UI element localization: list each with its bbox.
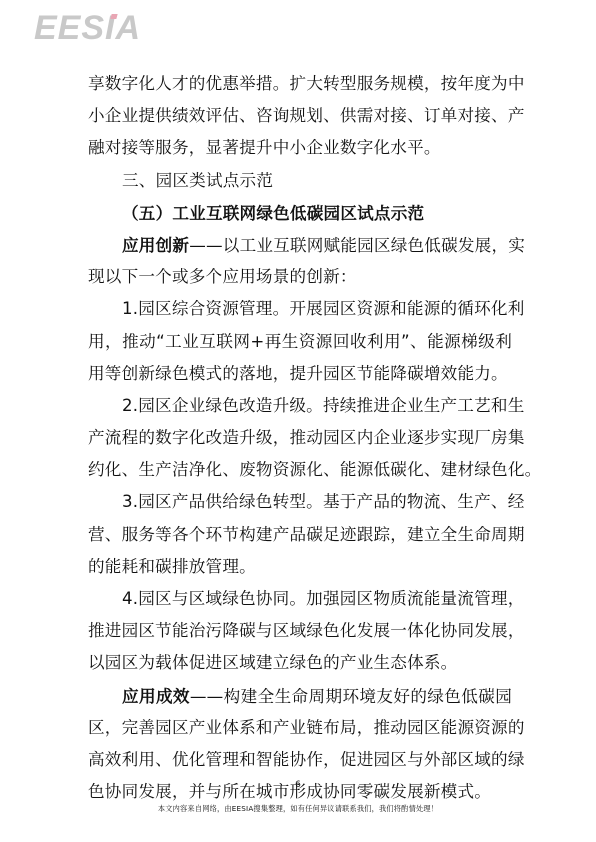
subsection-heading: （五）工业互联网绿色低碳园区试点示范 [88,197,512,229]
text-line: 应用创新——以工业互联网赋能园区绿色低碳发展，实 [88,229,512,261]
text-line: 3.园区产品供给绿色转型。基于产品的物流、生产、经 [88,486,512,518]
text-line: 现以下一个或多个应用场景的创新： [88,261,512,293]
text-line: 高效利用、优化管理和智能协作，促进园区与外部区域的绿 [88,744,512,776]
text-line: 融对接等服务，显著提升中小企业数字化水平。 [88,132,512,164]
logo-text: EESIA [34,9,141,47]
text-line: 推进园区节能治污降碳与区域绿色化发展一体化协同发展， [88,615,512,647]
innovation-paragraph: 应用创新——以工业互联网赋能园区绿色低碳发展，实 现以下一个或多个应用场景的创新… [88,229,512,293]
innovation-text: ——以工业互联网赋能园区绿色低碳发展，实 [189,236,525,255]
text-line: 产流程的数字化改造升级，推动园区内企业逐步实现厂房集 [88,422,512,454]
text-line: 享数字化人才的优惠举措。扩大转型服务规模，按年度为中 [88,68,512,100]
effect-lead: 应用成效 [122,686,190,706]
text-line: 用，推动“工业互联网+再生资源回收利用”、能源梯级利 [88,326,512,358]
text-line: 小企业提供绩效评估、咨询规划、供需对接、订单对接、产 [88,100,512,132]
innovation-lead: 应用创新 [122,235,189,255]
item-1: 1.园区综合资源管理。开展园区资源和能源的循环化利 用，推动“工业互联网+再生资… [88,293,512,390]
text-line: 应用成效——构建全生命周期环境友好的绿色低碳园 [88,680,512,712]
item-2: 2.园区企业绿色改造升级。持续推进企业生产工艺和生 产流程的数字化改造升级，推动… [88,390,512,487]
text-line: 以园区为载体促进区域建立绿色的产业生态体系。 [88,647,512,679]
effect-text: ——构建全生命周期环境友好的绿色低碳园 [190,687,512,706]
text-line: 用等创新绿色模式的落地，提升园区节能降碳增效能力。 [88,358,512,390]
text-line: 1.园区综合资源管理。开展园区资源和能源的循环化利 [88,293,512,325]
eesia-logo: EESIA [34,8,141,48]
paragraph-continuation: 享数字化人才的优惠举措。扩大转型服务规模，按年度为中 小企业提供绩效评估、咨询规… [88,68,512,165]
section-heading: 三、园区类试点示范 [88,165,512,197]
text-line: 营、服务等各个环节构建产品碳足迹跟踪，建立全生命周期 [88,519,512,551]
page-number: 6 [0,780,596,790]
text-line: 4.园区与区域绿色协同。加强园区物质流能量流管理， [88,583,512,615]
text-line: 的能耗和碳排放管理。 [88,551,512,583]
text-line: 约化、生产洁净化、废物资源化、能源低碳化、建材绿色化。 [88,454,512,486]
item-4: 4.园区与区域绿色协同。加强园区物质流能量流管理， 推进园区节能治污降碳与区域绿… [88,583,512,680]
document-page: 享数字化人才的优惠举措。扩大转型服务规模，按年度为中 小企业提供绩效评估、咨询规… [88,68,512,808]
text-line: 2.园区企业绿色改造升级。持续推进企业生产工艺和生 [88,390,512,422]
footer-disclaimer: 本文内容来自网络，由EESIA搜集整理，如有任何异议请联系我们，我们将酌情处理！ [0,804,596,814]
item-3: 3.园区产品供给绿色转型。基于产品的物流、生产、经 营、服务等各个环节构建产品碳… [88,486,512,583]
text-line: 区，完善园区产业体系和产业链布局，推动园区能源资源的 [88,712,512,744]
